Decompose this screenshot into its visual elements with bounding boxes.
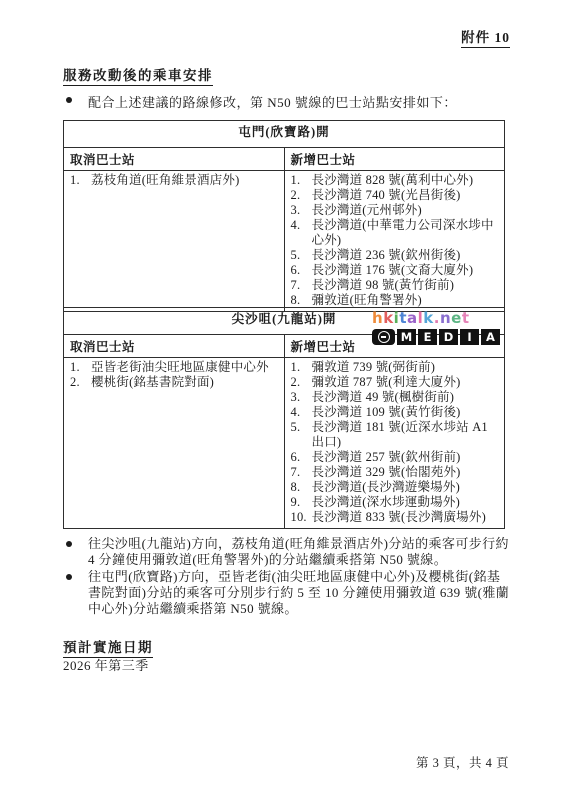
new-stop-item: 10.長沙灣道 833 號(長沙灣廣場外) (291, 510, 500, 525)
logo-letter: h (372, 310, 383, 327)
logo-letter: k (383, 310, 393, 327)
table-title: 屯門(欣寶路)開 (64, 121, 505, 148)
cancelled-stop-item: 1.荔枝角道(旺角維景酒店外) (70, 173, 279, 188)
bullet-icon (66, 97, 72, 103)
minus-circle-icon (372, 329, 395, 345)
new-stop-item: 2.長沙灣道 740 號(光昌街後) (291, 188, 500, 203)
stop-number: 8. (291, 480, 301, 495)
stop-text: 長沙灣道(元州邨外) (312, 203, 422, 217)
stop-text: 長沙灣道(長沙灣遊樂場外) (312, 480, 460, 494)
new-stop-item: 7.長沙灣道 98 號(黃竹街前) (291, 278, 500, 293)
cancelled-stops-cell: 1.亞皆老街油尖旺地區康健中心外 2.櫻桃街(銘基書院對面) (64, 358, 285, 529)
stop-number: 2. (291, 188, 301, 203)
stop-text: 櫻桃街(銘基書院對面) (91, 375, 214, 389)
new-stop-item: 4.長沙灣道 109 號(黃竹街後) (291, 405, 500, 420)
stop-number: 5. (291, 248, 301, 263)
stop-number: 5. (291, 420, 301, 435)
stop-number: 4. (291, 405, 301, 420)
media-letter: I (460, 329, 479, 345)
watermark: h k i t a l k . n e t M E D I A (372, 310, 508, 345)
stop-number: 1. (291, 173, 301, 188)
stop-text: 長沙灣道(深水埗運動場外) (312, 495, 460, 509)
note-item: 往尖沙咀(九龍站)方向，荔枝角道(旺角維景酒店外)分站的乘客可步行約 4 分鐘使… (63, 536, 513, 568)
stop-text: 長沙灣道 833 號(長沙灣廣場外) (312, 510, 486, 524)
new-stop-item: 4.長沙灣道(中華電力公司深水埗中心外) (291, 218, 500, 248)
new-stop-item: 2.彌敦道 787 號(利達大廈外) (291, 375, 500, 390)
stop-text: 長沙灣道 828 號(萬利中心外) (312, 173, 474, 187)
stop-text: 彌敦道 787 號(利達大廈外) (312, 375, 461, 389)
new-stops-cell: 1.長沙灣道 828 號(萬利中心外) 2.長沙灣道 740 號(光昌街後) 3… (284, 171, 505, 312)
new-stop-item: 3.長沙灣道(元州邨外) (291, 203, 500, 218)
document-page: 附件 10 服務改動後的乘車安排 配合上述建議的路線修改，第 N50 號線的巴士… (0, 0, 566, 800)
media-letter: M (397, 329, 416, 345)
logo-letter: e (451, 310, 462, 327)
new-stop-item: 6.長沙灣道 257 號(欽州街前) (291, 450, 500, 465)
media-letter: A (481, 329, 500, 345)
stop-number: 4. (291, 218, 301, 233)
stop-text: 長沙灣道 740 號(光昌街後) (312, 188, 461, 202)
hkitalk-net-logo: h k i t a l k . n e t (372, 310, 508, 327)
new-stop-item: 1.長沙灣道 828 號(萬利中心外) (291, 173, 500, 188)
stop-text: 長沙灣道 176 號(文裔大廈外) (312, 263, 474, 277)
new-stop-item: 1.彌敦道 739 號(弼街前) (291, 360, 500, 375)
stop-number: 3. (291, 390, 301, 405)
stop-number: 3. (291, 203, 301, 218)
note-text: 往尖沙咀(九龍站)方向，荔枝角道(旺角維景酒店外)分站的乘客可步行約 4 分鐘使… (88, 536, 509, 567)
bullet-icon (66, 541, 72, 547)
stop-text: 荔枝角道(旺角維景酒店外) (91, 173, 239, 187)
logo-letter: t (462, 310, 470, 327)
new-stop-item: 8.彌敦道(旺角警署外) (291, 293, 500, 308)
implementation-date-value: 2026 年第三季 (63, 655, 149, 674)
stop-text: 長沙灣道(中華電力公司深水埗中心外) (312, 218, 494, 247)
notes-section: 往尖沙咀(九龍站)方向，荔枝角道(旺角維景酒店外)分站的乘客可步行約 4 分鐘使… (63, 536, 513, 618)
new-stop-item: 3.長沙灣道 49 號(楓樹街前) (291, 390, 500, 405)
column-header-cancelled-stops: 取消巴士站 (64, 148, 285, 171)
stop-text: 長沙灣道 257 號(欽州街前) (312, 450, 461, 464)
stop-number: 6. (291, 450, 301, 465)
cancelled-stop-item: 1.亞皆老街油尖旺地區康健中心外 (70, 360, 279, 375)
stop-number: 6. (291, 263, 301, 278)
cancelled-stop-item: 2.櫻桃街(銘基書院對面) (70, 375, 279, 390)
stop-number: 1. (70, 173, 80, 188)
stop-number: 8. (291, 293, 301, 308)
intro-bullet: 配合上述建議的路線修改，第 N50 號線的巴士站點安排如下： (63, 92, 543, 111)
stop-number: 7. (291, 465, 301, 480)
stop-text: 長沙灣道 98 號(黃竹街前) (312, 278, 455, 292)
media-letter: D (439, 329, 458, 345)
new-stop-item: 5.長沙灣道 181 號(近深水埗站 A1 出口) (291, 420, 500, 450)
stop-text: 長沙灣道 181 號(近深水埗站 A1 出口) (312, 420, 488, 449)
new-stop-item: 6.長沙灣道 176 號(文裔大廈外) (291, 263, 500, 278)
stop-number: 1. (291, 360, 301, 375)
media-letter: E (418, 329, 437, 345)
appendix-label: 附件 10 (461, 26, 510, 48)
note-text: 往屯門(欣寶路)方向，亞皆老街(油尖旺地區康健中心外)及櫻桃街(銘基書院對面)分… (88, 569, 509, 616)
note-item: 往屯門(欣寶路)方向，亞皆老街(油尖旺地區康健中心外)及櫻桃街(銘基書院對面)分… (63, 569, 513, 617)
stop-text: 長沙灣道 236 號(欽州街後) (312, 248, 461, 262)
page-number: 第 3 頁，共 4 頁 (416, 753, 509, 771)
doc-heading: 服務改動後的乘車安排 (63, 64, 213, 86)
stop-text: 亞皆老街油尖旺地區康健中心外 (91, 360, 269, 374)
stop-number: 1. (70, 360, 80, 375)
stop-text: 長沙灣道 109 號(黃竹街後) (312, 405, 461, 419)
new-stop-item: 7.長沙灣道 329 號(怡閣苑外) (291, 465, 500, 480)
bullet-icon (66, 574, 72, 580)
table-tuen-mun-departures: 屯門(欣寶路)開 取消巴士站 新增巴士站 1.荔枝角道(旺角維景酒店外) 1.長… (63, 120, 505, 312)
intro-bullet-text: 配合上述建議的路線修改，第 N50 號線的巴士站點安排如下： (88, 95, 457, 110)
column-header-cancelled-stops: 取消巴士站 (64, 335, 285, 358)
stop-text: 長沙灣道 329 號(怡閣苑外) (312, 465, 461, 479)
new-stop-item: 9.長沙灣道(深水埗運動場外) (291, 495, 500, 510)
stop-number: 2. (291, 375, 301, 390)
stop-number: 10. (291, 510, 307, 525)
new-stop-item: 8.長沙灣道(長沙灣遊樂場外) (291, 480, 500, 495)
new-stop-item: 5.長沙灣道 236 號(欽州街後) (291, 248, 500, 263)
new-stops-cell: 1.彌敦道 739 號(弼街前) 2.彌敦道 787 號(利達大廈外) 3.長沙… (284, 358, 505, 529)
logo-letter: t (399, 310, 407, 327)
stop-text: 彌敦道 739 號(弼街前) (312, 360, 436, 374)
media-logo: M E D I A (372, 329, 508, 345)
stop-text: 彌敦道(旺角警署外) (312, 293, 422, 307)
cancelled-stops-cell: 1.荔枝角道(旺角維景酒店外) (64, 171, 285, 312)
stop-text: 長沙灣道 49 號(楓樹街前) (312, 390, 455, 404)
stop-number: 7. (291, 278, 301, 293)
stop-number: 2. (70, 375, 80, 390)
logo-letter: n (440, 310, 451, 327)
logo-letter: k (423, 310, 433, 327)
logo-letter: a (407, 310, 418, 327)
stop-number: 9. (291, 495, 301, 510)
column-header-new-stops: 新增巴士站 (284, 148, 505, 171)
